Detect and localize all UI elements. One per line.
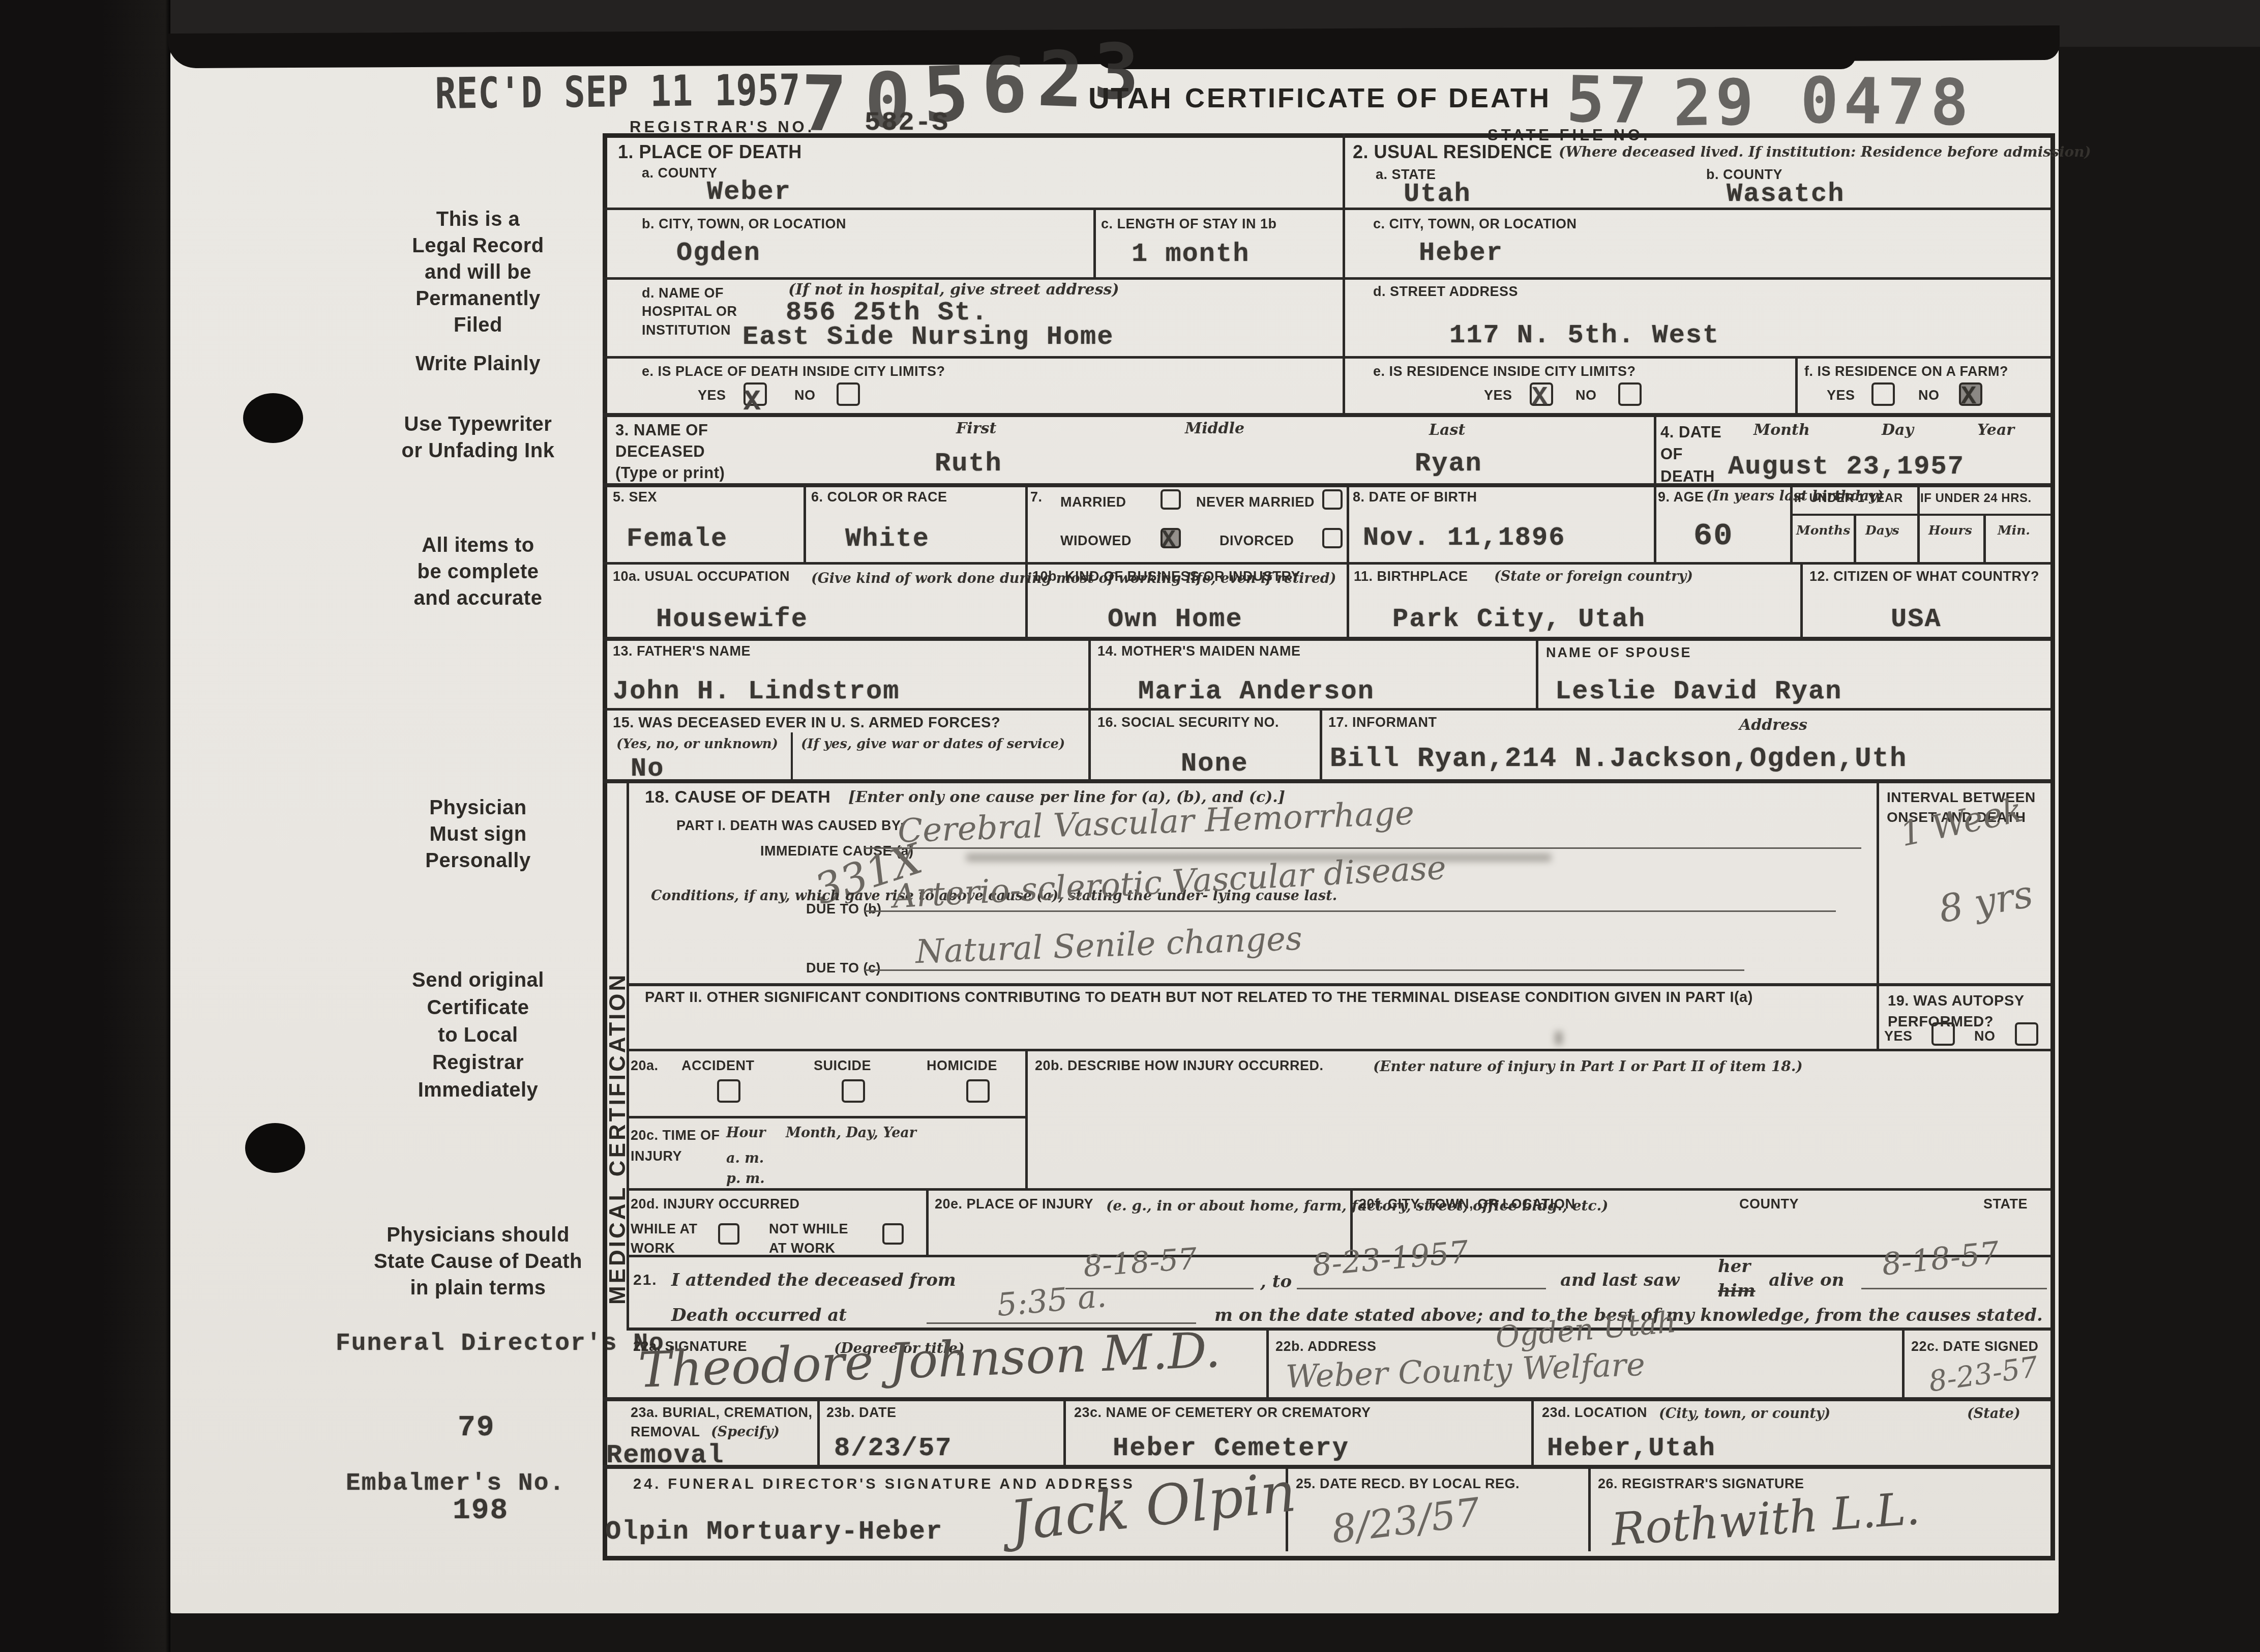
s3-last-value: Ryan (1415, 449, 1482, 479)
s20d-label: 20d. INJURY OCCURRED (631, 1196, 800, 1212)
rule (1983, 514, 1986, 562)
s23a-label: 23a. BURIAL, CREMATION, (631, 1405, 813, 1421)
serial-stamp-digit: 2 (1036, 35, 1085, 125)
s1d-hint: (If not in hospital, give street address… (788, 281, 1119, 299)
s19-no-checkbox (2015, 1022, 2038, 1046)
s6-value: White (845, 524, 930, 554)
s3-middle-header: Middle (1185, 420, 1244, 437)
rule (1902, 1327, 1905, 1397)
funeral-directors-no-label: Funeral Director's No. (336, 1329, 620, 1359)
rule (1588, 1465, 1591, 1551)
writing-line (1861, 1288, 2047, 1289)
s2c-label: c. CITY, TOWN, OR LOCATION (1373, 216, 1577, 232)
rule (627, 1188, 2050, 1191)
rule (627, 1327, 2050, 1331)
rule (1266, 1327, 1269, 1397)
rule (627, 983, 2050, 986)
s1e-no-checkbox (837, 382, 860, 406)
state-file-stamp-3: 0478 (1800, 64, 1974, 140)
rule (603, 1465, 2050, 1469)
s20c-am-label: a. m. (726, 1150, 764, 1166)
writing-line (865, 969, 1744, 971)
margin-note-complete: All items to be complete and accurate (351, 532, 605, 611)
s23d-hint: (City, town, or county) (1659, 1406, 1830, 1422)
rule (1088, 708, 1091, 779)
s14-label: 14. MOTHER'S MAIDEN NAME (1097, 643, 1300, 659)
s7-divorced-checkbox (1322, 528, 1343, 548)
s17-address-header: Address (1739, 716, 1807, 734)
s20a-homicide-checkbox (966, 1079, 990, 1103)
rule (1654, 413, 1656, 483)
s21-alive-on-text: alive on (1769, 1270, 1844, 1290)
s2e-yes-label: YES (1484, 388, 1512, 403)
rule (603, 483, 2050, 487)
s20a-accident-label: ACCIDENT (681, 1058, 755, 1074)
s23d-value: Heber,Utah (1547, 1433, 1716, 1463)
rule (627, 1116, 1028, 1118)
rule (627, 1049, 2050, 1051)
rule (1025, 1049, 1028, 1188)
s20a-suicide-checkbox (842, 1079, 865, 1103)
s2e-yes-mark: X (1532, 382, 1549, 412)
s22c-label: 22c. DATE SIGNED (1911, 1339, 2039, 1354)
rule (603, 277, 2050, 280)
s21-number: 21. (633, 1272, 658, 1289)
s1a-value: Weber (707, 177, 791, 207)
s2a-value: Utah (1404, 179, 1471, 209)
rule (1917, 483, 1920, 562)
s1e-yes-mark: X (744, 386, 762, 418)
s4-day-header: Day (1882, 421, 1914, 439)
s7-never-married-label: NEVER MARRIED (1196, 494, 1315, 510)
s3-first-header: First (956, 420, 996, 437)
s17-label: 17. INFORMANT (1328, 715, 1437, 730)
rule (1536, 637, 1538, 708)
s9-months-header: Months (1796, 523, 1850, 538)
s2f-yes-label: YES (1827, 388, 1855, 403)
s18-due-to-c-label: DUE TO (c) (806, 960, 881, 976)
s8-value: Nov. 11,1896 (1363, 523, 1565, 553)
rule (603, 1397, 2050, 1401)
margin-note-plain-terms: Physicians should State Cause of Death i… (315, 1222, 641, 1301)
scanned-death-certificate: REC'D SEP 11 1957 7 0 5 6 2 3 UTAH CERTI… (0, 0, 2260, 1652)
rule (1877, 779, 1879, 1049)
rule (603, 779, 2050, 783)
s1b-value: Ogden (676, 238, 761, 268)
s10b-label: 10b. KIND OF BUSINESS OR INDUSTRY (1032, 569, 1300, 584)
s23d-label: 23d. LOCATION (1542, 1405, 1647, 1421)
s18-label: 18. CAUSE OF DEATH (645, 787, 830, 807)
rule (603, 708, 2050, 711)
s2d-value: 117 N. 5th. West (1449, 320, 1719, 350)
writing-line (865, 910, 1836, 912)
s2f-no-mark: X (1961, 382, 1977, 411)
rule (1347, 562, 1349, 637)
s20c-pm-label: p. m. (726, 1171, 765, 1187)
funeral-directors-no-value: 79 (458, 1411, 495, 1444)
rule (791, 732, 793, 779)
s20d-notwhile-label: NOT WHILE AT WORK (769, 1220, 848, 1258)
s20a-accident-checkbox (717, 1079, 740, 1103)
s5-value: Female (627, 524, 728, 554)
s12-value: USA (1891, 604, 1942, 634)
s7-divorced-label: DIVORCED (1220, 533, 1294, 549)
s9-under1yr-header: IF UNDER 1 YEAR (1794, 491, 1903, 506)
s23a-label-2: REMOVAL (631, 1424, 700, 1440)
serial-stamp-digit: 6 (982, 42, 1027, 130)
s2e-label: e. IS RESIDENCE INSIDE CITY LIMITS? (1373, 364, 1636, 379)
form-title: CERTIFICATE OF DEATH (1185, 82, 1551, 114)
hole-punch (243, 393, 303, 443)
s19-label: 19. WAS AUTOPSY PERFORMED? (1888, 991, 2025, 1032)
s1b-label: b. CITY, TOWN, OR LOCATION (642, 216, 846, 232)
s21-death-occurred-text: Death occurred at (671, 1305, 847, 1325)
embalmers-no-value: 198 (453, 1494, 509, 1527)
rule (926, 1188, 929, 1255)
s20f-county-header: COUNTY (1739, 1196, 1799, 1212)
s19-no-label: NO (1974, 1028, 1996, 1044)
s17-value: Bill Ryan,214 N.Jackson,Ogden,Uth (1330, 744, 1907, 775)
s7-married-label: MARRIED (1060, 494, 1126, 510)
embalmers-no-label: Embalmer's No. (346, 1470, 565, 1497)
rule (603, 562, 2050, 565)
s20a-suicide-label: SUICIDE (814, 1058, 871, 1074)
s16-value: None (1181, 749, 1248, 779)
s9-hours-header: Hours (1928, 523, 1972, 538)
s20d-while-label: WHILE AT WORK (631, 1220, 697, 1258)
margin-note-physician-sign: Physician Must sign Personally (351, 794, 605, 874)
received-date-stamp: REC'D SEP 11 1957 (435, 65, 801, 119)
margin-note-legal-record: This is a Legal Record and will be Perma… (351, 206, 605, 338)
s4-month-header: Month (1753, 421, 1810, 439)
s21-to-text: , to (1260, 1272, 1292, 1292)
s16-label: 16. SOCIAL SECURITY NO. (1097, 715, 1279, 730)
s5-label: 5. SEX (613, 489, 657, 505)
s18-part1-label: PART I. DEATH WAS CAUSED BY: (676, 818, 905, 834)
s19-yes-label: YES (1884, 1028, 1913, 1044)
rule (1025, 483, 1028, 562)
s11-label: 11. BIRTHPLACE (1354, 569, 1468, 584)
s2-title-hint: (Where deceased lived. If institution: R… (1559, 143, 2091, 160)
rule (1088, 637, 1091, 708)
s3-first-value: Ruth (935, 449, 1002, 479)
rule (817, 1397, 820, 1465)
margin-note-write-plainly: Write Plainly (351, 352, 605, 375)
rule (1093, 208, 1096, 277)
s21-attended-text: I attended the deceased from (671, 1270, 956, 1290)
s2f-label: f. IS RESIDENCE ON A FARM? (1804, 364, 2008, 379)
s23a-value: Removal (606, 1440, 724, 1470)
s1e-yes-label: YES (698, 388, 726, 403)
writing-line (865, 847, 1861, 849)
s20f-state-header: STATE (1983, 1196, 2028, 1212)
s8-label: 8. DATE OF BIRTH (1353, 489, 1477, 505)
s20f-label: 20f. CITY, TOWN, OR LOCATION (1359, 1196, 1575, 1212)
s9-value: 60 (1693, 518, 1733, 554)
s3-last-header: Last (1429, 421, 1465, 439)
s15-label: 15. WAS DECEASED EVER IN U. S. ARMED FOR… (613, 715, 1000, 731)
s13-label: 13. FATHER'S NAME (613, 643, 751, 659)
s2c-value: Heber (1419, 238, 1503, 268)
s20a-homicide-label: HOMICIDE (927, 1058, 997, 1074)
s2b-value: Wasatch (1727, 179, 1845, 209)
rule (1790, 514, 2050, 516)
s26-label: 26. REGISTRAR'S SIGNATURE (1598, 1476, 1804, 1492)
s2f-no-label: NO (1918, 388, 1940, 403)
s14-value: Maria Anderson (1138, 676, 1375, 706)
s21-last-saw-text: and last saw (1560, 1270, 1679, 1290)
s23a-hint: (Specify) (711, 1424, 780, 1440)
s1e-label: e. IS PLACE OF DEATH INSIDE CITY LIMITS? (642, 364, 945, 379)
rule (603, 413, 2050, 417)
state-file-stamp-2: 29 (1673, 66, 1759, 141)
rule (1347, 483, 1349, 562)
s2d-label: d. STREET ADDRESS (1373, 284, 1518, 300)
s3-label: 3. NAME OF DECEASED (Type or print) (615, 420, 725, 484)
s25-label: 25. DATE RECD. BY LOCAL REG. (1296, 1476, 1520, 1492)
margin-note-send-original: Send original Certificate to Local Regis… (351, 966, 605, 1104)
rule (1063, 1397, 1066, 1465)
s18-due-to-b-label: DUE TO (b) (806, 901, 882, 917)
s9-min-header: Min. (1998, 523, 2030, 538)
s1d-label: d. NAME OF HOSPITAL OR INSTITUTION (642, 284, 737, 339)
s11-hint: (State or foreign country) (1494, 569, 1693, 584)
s21-him-word-struck: him (1718, 1281, 1756, 1301)
s7-never-married-checkbox (1322, 489, 1343, 510)
medical-certification-sidebar: MEDICAL CERTIFICATION (605, 972, 631, 1305)
s20a-number: 20a. (631, 1058, 659, 1074)
rule (603, 637, 2050, 641)
s2-title: 2. USUAL RESIDENCE (1353, 141, 1552, 163)
rule (1654, 483, 1656, 562)
s2e-no-checkbox (1618, 382, 1642, 406)
margin-note-typewriter: Use Typewriter or Unfading Ink (336, 411, 620, 464)
s7-widowed-label: WIDOWED (1060, 533, 1132, 549)
s9-under24-header: IF UNDER 24 HRS. (1920, 491, 2032, 506)
rule (1531, 1397, 1534, 1465)
s4-year-header: Year (1977, 421, 2014, 439)
s7-number: 7. (1030, 489, 1043, 505)
rule (603, 356, 2050, 359)
s15-hint-2: (If yes, give war or dates of service) (801, 736, 1065, 752)
s15-hint-1: (Yes, no, or unknown) (616, 736, 778, 752)
s19-yes-checkbox (1931, 1022, 1955, 1046)
s20d-while-checkbox (718, 1223, 739, 1245)
s23b-label: 23b. DATE (826, 1405, 897, 1421)
s2f-yes-checkbox (1871, 382, 1895, 406)
s4-label: 4. DATE OF DEATH (1660, 421, 1721, 487)
s20b-hint: (Enter nature of injury in Part I or Par… (1373, 1058, 1803, 1075)
rule (804, 483, 806, 562)
spouse-value: Leslie David Ryan (1555, 676, 1842, 706)
s1d-value-2: East Side Nursing Home (742, 322, 1114, 352)
hole-punch (245, 1123, 305, 1173)
rule (1320, 708, 1322, 779)
s23b-value: 8/23/57 (834, 1433, 952, 1463)
s1a-label: a. COUNTY (642, 165, 718, 181)
pencil-mark (1555, 1031, 1562, 1045)
s10a-value: Housewife (656, 604, 808, 634)
s20c-hour-header: Hour (726, 1125, 765, 1141)
s20c-mdy-header: Month, Day, Year (786, 1125, 916, 1141)
s12-label: 12. CITIZEN OF WHAT COUNTRY? (1809, 569, 2039, 584)
s22b-label: 22b. ADDRESS (1275, 1339, 1377, 1354)
s20d-notwhile-checkbox (882, 1223, 904, 1245)
rule (1795, 356, 1798, 413)
s23d-state-hint: (State) (1967, 1406, 2020, 1422)
scanner-background-left (0, 0, 170, 1652)
s9-days-header: Days (1865, 523, 1899, 538)
s24-typed-name: Olpin Mortuary-Heber (605, 1517, 943, 1547)
s21-her-word: her (1718, 1256, 1750, 1277)
s23c-value: Heber Cemetery (1113, 1433, 1349, 1463)
s2e-no-label: NO (1575, 388, 1597, 403)
s1c-value: 1 month (1132, 239, 1250, 269)
s20b-label: 20b. DESCRIBE HOW INJURY OCCURRED. (1035, 1058, 1324, 1074)
s11-value: Park City, Utah (1392, 604, 1646, 634)
rule (1854, 514, 1856, 562)
rule (1800, 562, 1803, 637)
s4-value: August 23,1957 (1728, 452, 1965, 482)
s9-label: 9. AGE (1658, 489, 1704, 505)
s6-label: 6. COLOR OR RACE (811, 489, 947, 505)
s1e-no-label: NO (794, 388, 816, 403)
s7-widowed-mark: X (1162, 527, 1177, 553)
writing-line (1297, 1288, 1546, 1289)
s20c-label: 20c. TIME OF INJURY (631, 1125, 720, 1166)
s1-title: 1. PLACE OF DEATH (618, 141, 802, 163)
s23c-label: 23c. NAME OF CEMETERY OR CREMATORY (1074, 1405, 1371, 1421)
s18-part2-label: PART II. OTHER SIGNIFICANT CONDITIONS CO… (645, 989, 1855, 1006)
form-title-state: UTAH (1088, 81, 1172, 115)
s1c-label: c. LENGTH OF STAY IN 1b (1101, 216, 1277, 232)
s15-value: No (631, 754, 664, 784)
s10b-value: Own Home (1108, 604, 1243, 634)
rule (1343, 133, 1345, 413)
s7-married-checkbox (1161, 489, 1181, 510)
spouse-label: NAME OF SPOUSE (1546, 645, 1692, 661)
s13-value: John H. Lindstrom (613, 676, 900, 706)
